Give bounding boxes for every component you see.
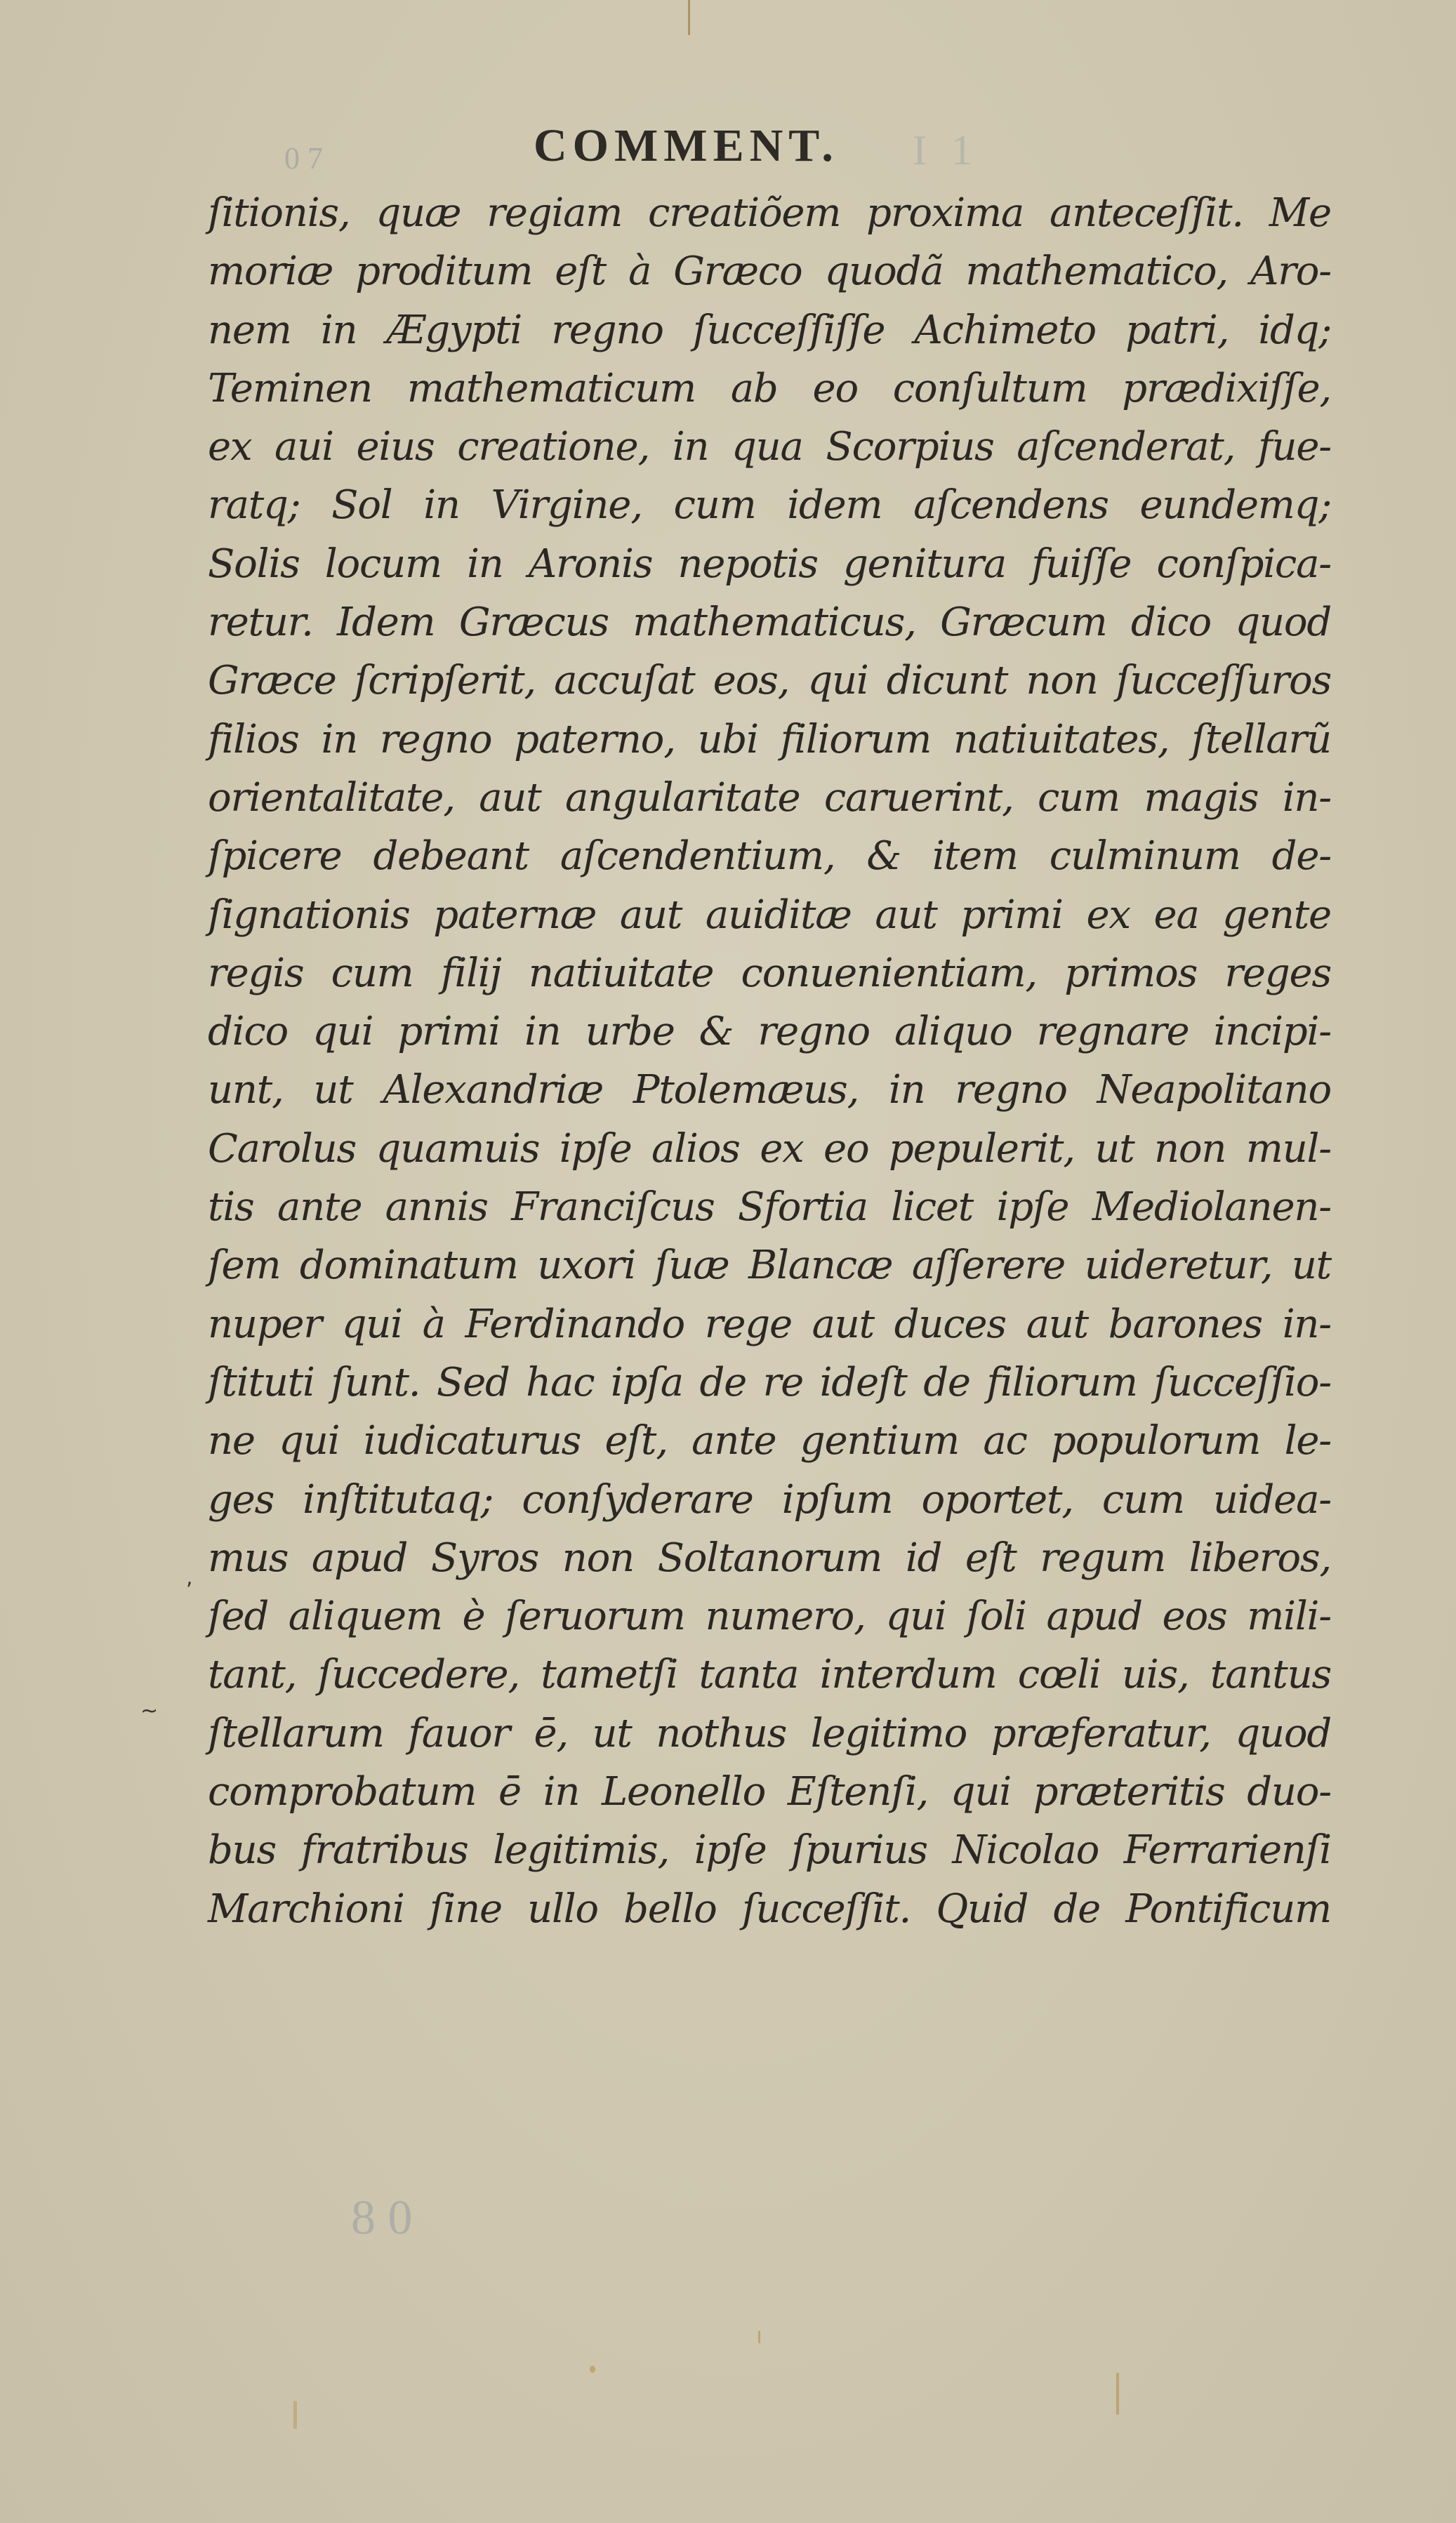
text-line: ex aui eius creatione, in qua Scorpius a… <box>208 418 1331 476</box>
text-line: bus fratribus legitimis, ipſe ſpurius Ni… <box>208 1821 1331 1879</box>
text-line: comprobatum ē in Leonello Eſtenſi, qui p… <box>208 1763 1331 1821</box>
text-line: ſpicere debeant aſcendentium, & item cul… <box>208 827 1331 885</box>
text-line: ratq; Sol in Virgine, cum idem aſcendens… <box>208 476 1331 534</box>
text-line: moriæ proditum eſt à Græco quodã mathema… <box>208 242 1331 300</box>
text-line: nem in Ægypti regno ſucceſſiſſe Achimeto… <box>208 301 1331 359</box>
text-line: Carolus quamuis ipſe alios ex eo pepuler… <box>208 1120 1331 1178</box>
text-line: ſem dominatum uxori ſuæ Blancæ aſſerere … <box>208 1236 1331 1294</box>
text-line: unt, ut Alexandriæ Ptolemæus, in regno N… <box>208 1061 1331 1119</box>
text-line: ſed aliquem è ſeruorum numero, qui ſoli … <box>208 1587 1331 1645</box>
text-line: regis cum filij natiuitate conuenientiam… <box>208 944 1331 1002</box>
margin-tick: ~ <box>140 1699 158 1723</box>
book-page: 0 7 I 1 COMMENT. ſitionis, quæ regiam cr… <box>0 0 1456 2523</box>
text-line: Marchioni ſine ullo bello ſucceſſit. Qui… <box>208 1880 1331 1938</box>
text-line: Græce ſcripſerit, accuſat eos, qui dicun… <box>208 651 1331 710</box>
text-line: Solis locum in Aronis nepotis genitura f… <box>208 535 1331 593</box>
body-text: ſitionis, quæ regiam creatiõem proxima a… <box>208 184 1331 1938</box>
margin-tick: , <box>186 1565 193 1590</box>
paper-fleck <box>590 2366 595 2373</box>
text-line: dico qui primi in urbe & regno aliquo re… <box>208 1002 1331 1061</box>
show-through-folio: 0 7 <box>284 140 323 176</box>
text-line: filios in regno paterno, ubi filiorum na… <box>208 710 1331 769</box>
text-line: ſitionis, quæ regiam creatiõem proxima a… <box>208 184 1331 242</box>
text-line: tis ante annis Franciſcus Sfortia licet … <box>208 1178 1331 1236</box>
paper-fleck <box>1116 2373 1119 2415</box>
page-crease-mark <box>688 0 690 35</box>
text-line: ges inſtitutaq; conſyderare ipſum oporte… <box>208 1471 1331 1529</box>
text-line: orientalitate, aut angularitate caruerin… <box>208 769 1331 827</box>
running-head: COMMENT. <box>534 119 955 173</box>
text-line: tant, ſuccedere, tametſi tanta interdum … <box>208 1645 1331 1704</box>
paper-fleck <box>293 2401 297 2429</box>
text-line: ſtellarum fauor ē, ut nothus legitimo pr… <box>208 1704 1331 1763</box>
text-line: retur. Idem Græcus mathematicus, Græcum … <box>208 593 1331 651</box>
text-line: ſtituti ſunt. Sed hac ipſa de re ideſt d… <box>208 1353 1331 1412</box>
text-line: Teminen mathematicum ab eo conſultum præ… <box>208 359 1331 418</box>
text-line: nuper qui à Ferdinando rege aut duces au… <box>208 1295 1331 1353</box>
paper-fleck <box>758 2331 760 2343</box>
show-through-bottom-mark: 8 0 <box>351 2190 413 2246</box>
text-line: ne qui iudicaturus eſt, ante gentium ac … <box>208 1412 1331 1470</box>
text-line: ſignationis paternæ aut auiditæ aut prim… <box>208 886 1331 944</box>
text-line: mus apud Syros non Soltanorum id eſt reg… <box>208 1529 1331 1587</box>
